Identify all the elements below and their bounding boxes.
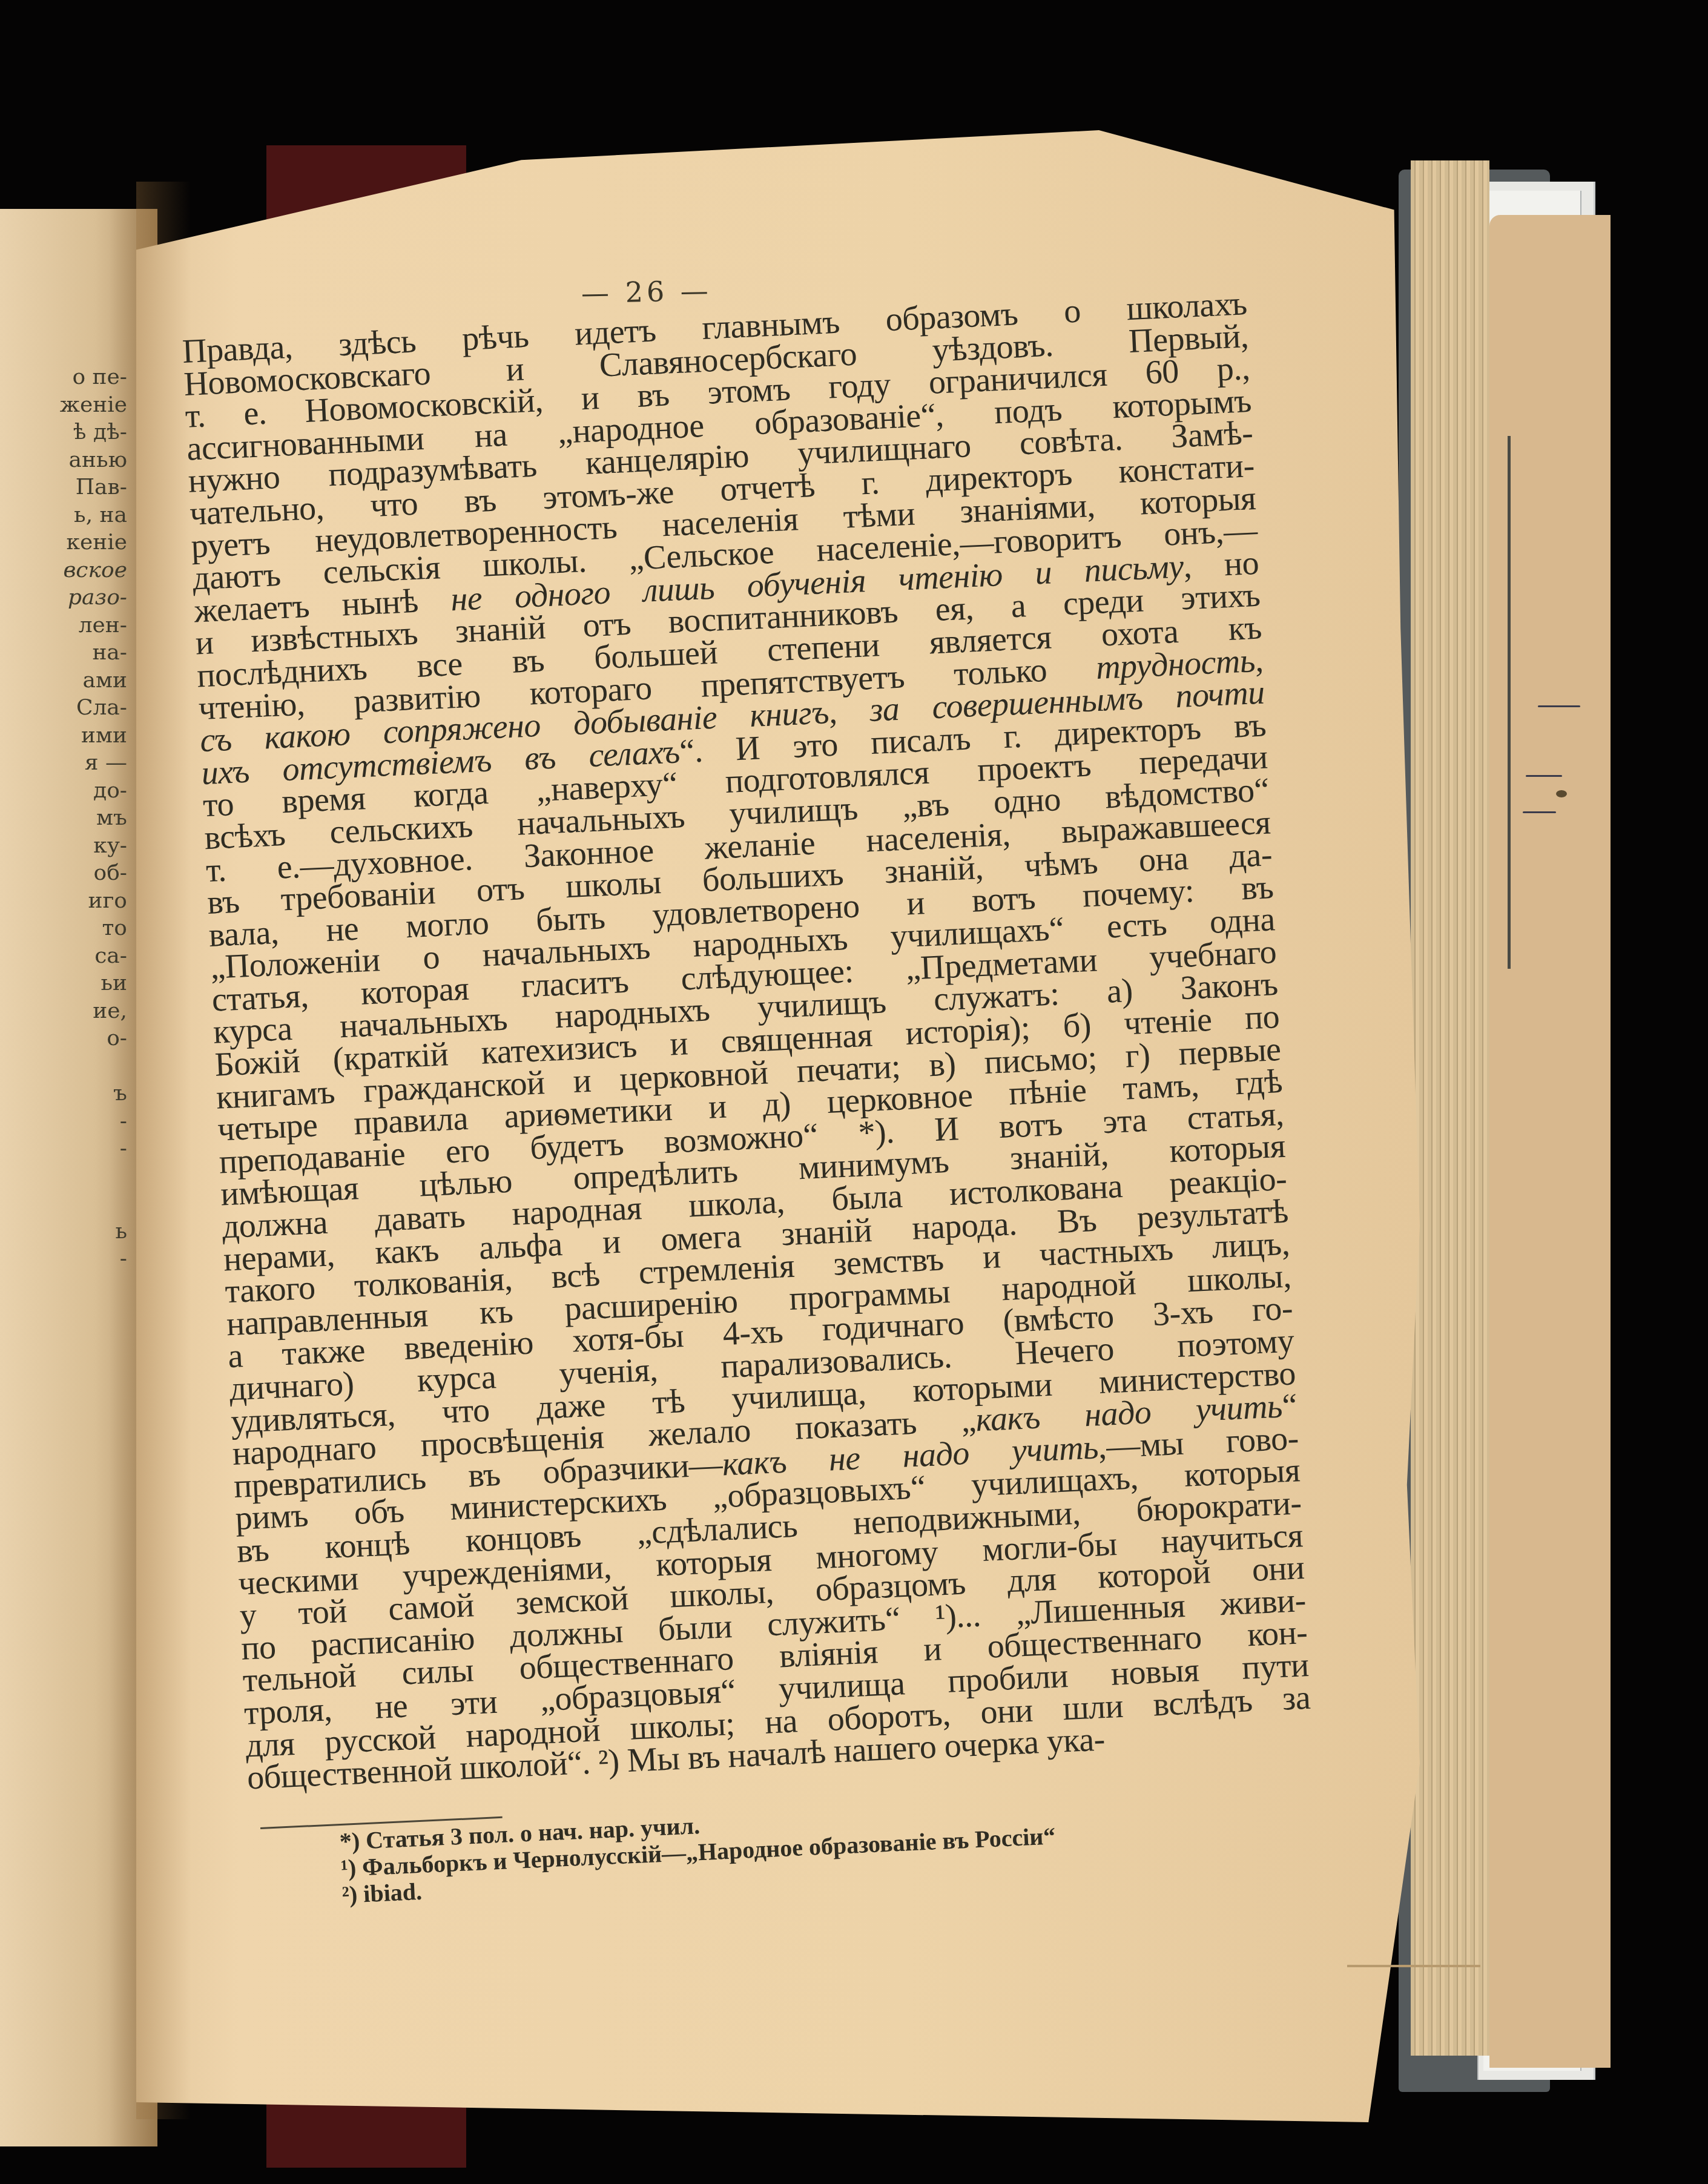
left-line: ку- (0, 832, 127, 860)
left-line: то (0, 914, 127, 942)
left-line: са- (0, 942, 127, 970)
pencil-mark (1538, 705, 1580, 707)
left-line (0, 1190, 127, 1218)
left-line: лен- (0, 612, 127, 639)
left-line: на- (0, 639, 127, 667)
left-line: - (0, 1245, 127, 1273)
left-line: ами (0, 667, 127, 694)
left-line: о пе- (0, 363, 127, 391)
left-line: ие, (0, 997, 127, 1025)
left-line: Пав- (0, 473, 127, 501)
left-line: вское (0, 556, 127, 584)
left-page-text: о пе- женіе ѣ дѣ- анью Пав- ь, на кеніе … (0, 363, 127, 1273)
left-line: кеніе (0, 529, 127, 556)
left-line (0, 1163, 127, 1190)
left-line: ь, на (0, 501, 127, 529)
page-number: — 26 — (581, 274, 712, 310)
left-line: - (0, 1107, 127, 1135)
pencil-mark (1526, 775, 1562, 777)
card-margin-line (1508, 436, 1511, 969)
insert-card (1489, 215, 1611, 2068)
left-line: женіе (0, 391, 127, 419)
left-line: анью (0, 446, 127, 474)
left-line: мъ (0, 804, 127, 832)
page-curve-shadow (136, 182, 191, 2119)
left-line: до- (0, 777, 127, 805)
page-edges-stack (1411, 160, 1489, 2056)
left-line: иго (0, 887, 127, 915)
left-line: ими (0, 722, 127, 750)
left-line: о- (0, 1024, 127, 1052)
ink-spot (1556, 790, 1567, 797)
left-line: ьи (0, 969, 127, 997)
body-text: Правда, здѣсь рѣчь идетъ главнымъ образо… (182, 288, 1313, 1795)
left-line: ѣ дѣ- (0, 418, 127, 446)
page-fold (1347, 1965, 1480, 1967)
left-line: Сла- (0, 694, 127, 722)
left-line: ь (0, 1218, 127, 1245)
pencil-mark (1523, 811, 1556, 813)
left-line: разо- (0, 584, 127, 612)
left-line (0, 1052, 127, 1080)
left-line: я — (0, 749, 127, 777)
left-line: об- (0, 859, 127, 887)
left-line: ъ (0, 1080, 127, 1107)
left-line: - (0, 1135, 127, 1163)
